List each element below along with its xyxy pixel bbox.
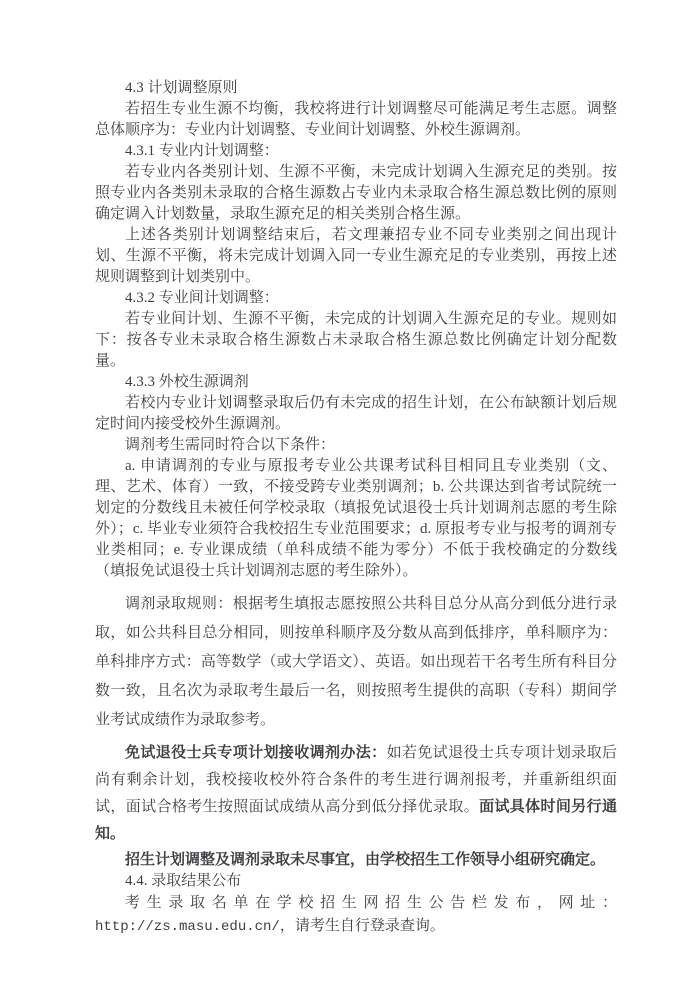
admission-website-url: http://zs.masu.edu.cn/ bbox=[95, 919, 280, 935]
exempt-veterans-paragraph: 免试退役士兵专项计划接收调剂办法：如若免试退役士兵专项计划录取后尚有剩余计划，我… bbox=[95, 740, 617, 848]
section-4-4-heading: 4.4. 录取结果公布 bbox=[95, 871, 617, 892]
section-4-3-1-para-2: 上述各类别计划调整结束后，若文理兼招专业不同专业类别之间出现计划、生源不平衡，将… bbox=[95, 225, 617, 288]
section-4-3-1-para-1: 若专业内各类别计划、生源不平衡，未完成计划调入生源充足的类别。按照专业内各类别未… bbox=[95, 162, 617, 225]
section-4-3-2-heading: 4.3.2 专业间计划调整： bbox=[95, 288, 617, 309]
section-4-3-2-para-1: 若专业间计划、生源不平衡，未完成的计划调入生源充足的专业。规则如下：按各专业未录… bbox=[95, 309, 617, 372]
section-4-3-3-para-1: 若校内专业计划调整录取后仍有未完成的招生计划，在公布缺额计划后规定时间内接受校外… bbox=[95, 393, 617, 435]
result-publication-url-line: http://zs.masu.edu.cn/，请考生自行登录查询。 bbox=[95, 915, 617, 939]
section-4-3-intro: 若招生专业生源不均衡，我校将进行计划调整尽可能满足考生志愿。调整总体顺序为：专业… bbox=[95, 99, 617, 141]
exempt-veterans-lead-bold: 免试退役士兵专项计划接收调剂办法： bbox=[125, 745, 387, 761]
section-4-3-1-heading: 4.3.1 专业内计划调整： bbox=[95, 141, 617, 162]
result-publication-line: 考生录取名单在学校招生网招生公告栏发布，网址： bbox=[95, 892, 617, 915]
transfer-conditions-lead: 调剂考生需同时符合以下条件： bbox=[95, 435, 617, 456]
section-4-3-heading: 4.3 计划调整原则 bbox=[95, 78, 617, 99]
transfer-conditions-list: a. 申请调剂的专业与原报考专业公共课考试科目相同且专业类别（文、理、艺术、体育… bbox=[95, 456, 617, 582]
result-publication-url-tail: ，请考生自行登录查询。 bbox=[280, 918, 445, 934]
transfer-admission-rule: 调剂录取规则：根据考生填报志愿按照公共科目总分从高分到低分进行录取，如公共科目总… bbox=[95, 590, 617, 735]
plan-adjustment-final-note: 招生计划调整及调剂录取未尽事宜，由学校招生工作领导小组研究确定。 bbox=[95, 850, 617, 871]
section-4-3-3-heading: 4.3.3 外校生源调剂 bbox=[95, 372, 617, 393]
document-page: { "page": { "background": "#ffffff", "te… bbox=[0, 0, 700, 990]
document-text-block: 4.3 计划调整原则 若招生专业生源不均衡，我校将进行计划调整尽可能满足考生志愿… bbox=[95, 78, 617, 939]
